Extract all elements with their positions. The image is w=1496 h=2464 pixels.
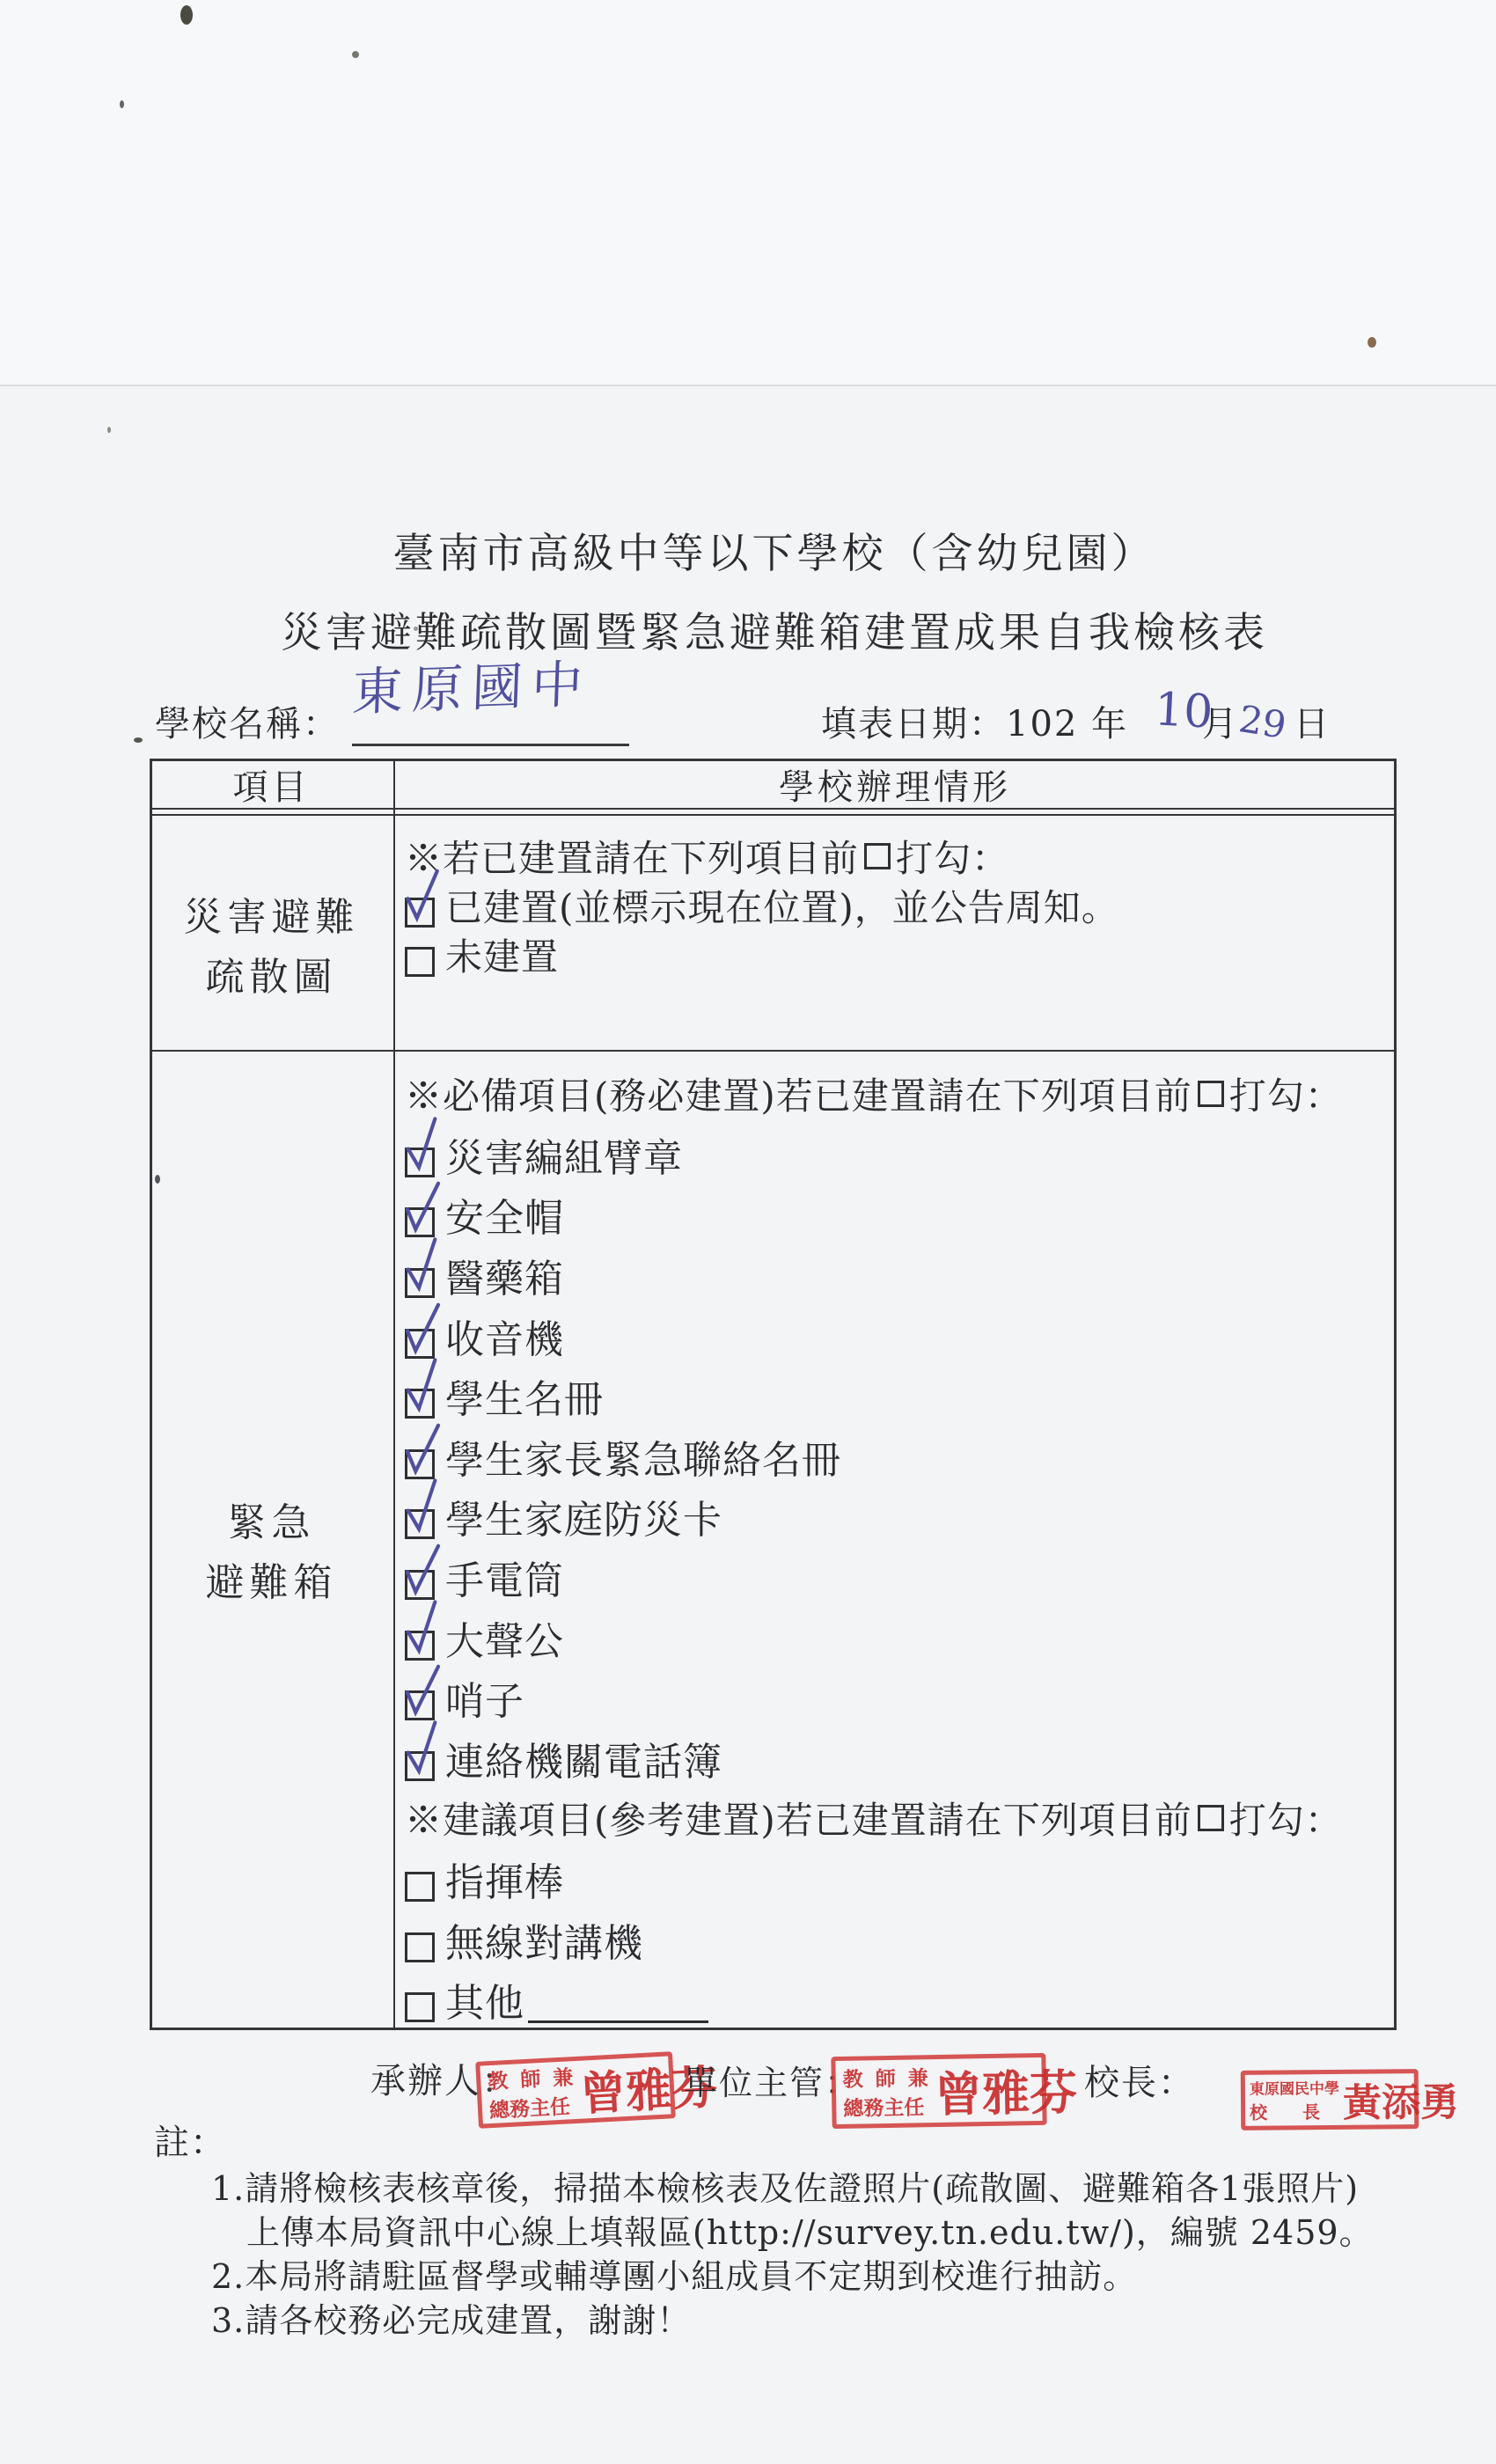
- checkbox[interactable]: [405, 898, 435, 928]
- suggested-items-heading: ※建議項目(參考建置)若已建置請在下列項目前打勾：: [405, 1788, 1390, 1849]
- checkbox-wrap: [405, 1199, 435, 1229]
- item-label: 大聲公: [445, 1610, 564, 1666]
- checkbox-wrap: [405, 1864, 435, 1894]
- checklist-item: 其他: [405, 1969, 1390, 2030]
- fill-date-label: 填表日期：102 年: [821, 702, 1128, 746]
- checklist-item: 學生家庭防災卡: [405, 1486, 1390, 1547]
- checkbox[interactable]: [405, 1148, 435, 1177]
- evacuation-map-options: 已建置(並標示現在位置)，並公告周知。 未建置: [405, 881, 1382, 979]
- option-label: 已建置(並標示現在位置)，並公告周知。: [445, 879, 1119, 932]
- handler-stamp: 教 師 兼 總務主任 曾雅芬: [475, 2051, 676, 2129]
- stamp-title-line: 教 師 兼: [487, 2061, 576, 2094]
- stamp-title-column: 教 師 兼 總務主任: [480, 2059, 582, 2126]
- checkbox[interactable]: [405, 1932, 435, 1962]
- checkbox[interactable]: [405, 1570, 435, 1600]
- stamp-title-column: 教 師 兼 總務主任: [835, 2060, 935, 2123]
- instruction-text: ※若已建置請在下列項目前: [405, 830, 859, 883]
- row-label-emergency-kit: 緊急 避難箱: [150, 1494, 393, 1603]
- checkbox[interactable]: [405, 1690, 435, 1720]
- option-label: 未建置: [445, 928, 559, 981]
- form-subtitle: 災害避難疏散圖暨緊急避難箱建置成果自我檢核表: [26, 607, 1496, 660]
- checklist-item: 醫藥箱: [405, 1245, 1390, 1306]
- checklist-item: 學生名冊: [405, 1366, 1390, 1426]
- principal-label: 校長：: [1084, 2061, 1195, 2105]
- checkbox-wrap: [405, 1984, 435, 2014]
- item-label: 其他: [445, 1971, 524, 2028]
- note-text-continued: 上傳本局資訊中心線上填報區(http://survey.tn.edu.tw/)，…: [211, 2211, 1443, 2255]
- scan-speck: [352, 51, 359, 58]
- checkbox-wrap: [405, 1260, 435, 1290]
- note-item: 3.請各校務必完成建置，謝謝！: [211, 2299, 1443, 2343]
- item-label: 醫藥箱: [445, 1247, 564, 1303]
- checkbox[interactable]: [405, 947, 435, 977]
- evacuation-map-section: ※若已建置請在下列項目前打勾： 已建置(並標示現在位置)，並公告周知。: [405, 832, 1382, 979]
- row-label-line: 緊急: [150, 1494, 393, 1544]
- instruction-text: 打勾：: [1229, 1792, 1343, 1844]
- checklist-option: 已建置(並標示現在位置)，並公告周知。: [405, 881, 1382, 930]
- instruction-line: ※若已建置請在下列項目前打勾：: [405, 832, 1382, 881]
- scan-top-strip: [0, 0, 1496, 386]
- table-column-divider: [393, 759, 395, 2030]
- checkbox[interactable]: [405, 1268, 435, 1298]
- scan-speck: [134, 737, 143, 743]
- blank-line: [528, 1991, 708, 2023]
- checklist-item: 災害編組臂章: [405, 1125, 1390, 1185]
- scan-speck: [1368, 337, 1376, 348]
- row-label-line: 災害避難: [150, 889, 393, 938]
- checkbox[interactable]: [405, 1751, 435, 1781]
- school-name-label: 學校名稱：: [155, 702, 340, 746]
- checkbox-wrap: [405, 1925, 435, 1954]
- checkbox-wrap: [405, 1140, 435, 1170]
- emergency-kit-section: ※必備項目(務必建置)若已建置請在下列項目前打勾： 災害編組臂章: [405, 1064, 1390, 2030]
- instruction-text: 打勾：: [896, 830, 1009, 883]
- required-items-list: 災害編組臂章 安全帽 醫藥箱: [405, 1125, 1390, 1789]
- instruction-text: ※建議項目(參考建置)若已建置請在下列項目前: [405, 1792, 1192, 1844]
- checklist-option: 未建置: [405, 930, 1382, 979]
- scanned-form-page: 臺南市高級中等以下學校（含幼兒園） 災害避難疏散圖暨緊急避難箱建置成果自我檢核表…: [0, 0, 1496, 2464]
- checkbox-glyph: [864, 843, 891, 869]
- note-text: 3.請各校務必完成建置，謝謝！: [211, 2299, 1443, 2343]
- column-header-status: 學校辦理情形: [393, 759, 1397, 810]
- checkbox-wrap: [405, 1562, 435, 1592]
- stamp-name: 黃添勇: [1343, 2071, 1460, 2128]
- scan-speck: [107, 427, 111, 433]
- item-label: 收音機: [445, 1308, 564, 1364]
- note-text: 2.本局將請駐區督學或輔導團小組成員不定期到校進行抽訪。: [211, 2255, 1443, 2299]
- scan-speck: [180, 5, 193, 25]
- checkbox[interactable]: [405, 1389, 435, 1419]
- notes-label: 註：: [154, 2121, 226, 2165]
- stamp-title-line: 校 長: [1250, 2098, 1339, 2124]
- column-header-item: 項目: [150, 759, 393, 810]
- checklist-item: 無線對講機: [405, 1909, 1390, 1969]
- item-label: 學生家長緊急聯絡名冊: [445, 1428, 841, 1485]
- checklist-item: 收音機: [405, 1305, 1390, 1366]
- item-label: 指揮棒: [445, 1851, 564, 1907]
- stamp-name: 曾雅芬: [934, 2055, 1077, 2125]
- checkbox[interactable]: [405, 1992, 435, 2022]
- checkbox-wrap: [405, 1683, 435, 1712]
- table-row-divider: [150, 1050, 1397, 1052]
- checkbox[interactable]: [405, 1329, 435, 1359]
- checkbox[interactable]: [405, 1449, 435, 1479]
- stamp-title-line: 總務主任: [843, 2091, 932, 2122]
- item-label: 學生名冊: [445, 1368, 604, 1424]
- checkbox-glyph: [1198, 1805, 1224, 1831]
- checkbox-wrap: [405, 940, 435, 970]
- item-label: 無線對講機: [445, 1911, 643, 1968]
- item-label: 哨子: [445, 1669, 524, 1726]
- checklist-item: 哨子: [405, 1668, 1390, 1728]
- principal-stamp: 東原國民中學 校 長 黃添勇: [1241, 2069, 1419, 2130]
- checkbox[interactable]: [405, 1631, 435, 1661]
- checkbox-wrap: [405, 891, 435, 920]
- checklist-item: 連絡機關電話簿: [405, 1728, 1390, 1789]
- date-day-handwritten: 29: [1236, 700, 1288, 744]
- notes-list: 1.請將檢核表核章後，掃描本檢核表及佐證照片(疏散圖、避難箱各1張照片) 上傳本…: [211, 2167, 1443, 2343]
- item-label: 學生家庭防災卡: [445, 1488, 722, 1544]
- checklist-item: 手電筒: [405, 1547, 1390, 1608]
- checklist-item: 指揮棒: [405, 1849, 1390, 1910]
- form-title: 臺南市高級中等以下學校（含幼兒園）: [26, 528, 1496, 581]
- stamp-title-line: 教 師 兼: [842, 2062, 931, 2093]
- checkbox[interactable]: [405, 1207, 435, 1237]
- item-label: 手電筒: [445, 1549, 564, 1605]
- notes-items: 1.請將檢核表核章後，掃描本檢核表及佐證照片(疏散圖、避難箱各1張照片) 上傳本…: [211, 2167, 1443, 2343]
- checklist-item: 大聲公: [405, 1607, 1390, 1668]
- item-label: 連絡機關電話簿: [445, 1730, 722, 1786]
- note-item: 1.請將檢核表核章後，掃描本檢核表及佐證照片(疏散圖、避難箱各1張照片) 上傳本…: [211, 2167, 1443, 2255]
- checkbox[interactable]: [405, 1872, 435, 1902]
- item-label: 災害編組臂章: [445, 1126, 683, 1183]
- checkbox-glyph: [1198, 1081, 1224, 1107]
- stamp-title-column: 東原國民中學 校 長: [1245, 2074, 1344, 2126]
- checklist-item: 安全帽: [405, 1184, 1390, 1245]
- note-text: 1.請將檢核表核章後，掃描本檢核表及佐證照片(疏散圖、避難箱各1張照片): [211, 2167, 1443, 2211]
- checkbox-wrap: [405, 1441, 435, 1471]
- school-name-underline: [352, 744, 629, 746]
- checkbox-wrap: [405, 1381, 435, 1411]
- supervisor-stamp: 教 師 兼 總務主任 曾雅芬: [831, 2053, 1046, 2129]
- table-header-rule-2: [150, 814, 1397, 816]
- row-label-evacuation-map: 災害避難 疏散圖: [150, 889, 393, 998]
- date-day-unit: 日: [1294, 702, 1331, 746]
- date-month-unit: 月: [1202, 702, 1239, 746]
- checkbox-wrap: [405, 1501, 435, 1531]
- checkbox-wrap: [405, 1623, 435, 1653]
- checkbox-wrap: [405, 1321, 435, 1351]
- school-name-handwritten: 東原國中: [351, 657, 592, 719]
- stamp-title-line: 總務主任: [488, 2090, 578, 2123]
- required-items-heading: ※必備項目(務必建置)若已建置請在下列項目前打勾：: [405, 1064, 1390, 1125]
- checkbox[interactable]: [405, 1509, 435, 1539]
- scan-speck: [120, 100, 124, 108]
- stamp-title-line: 東原國民中學: [1250, 2076, 1339, 2099]
- instruction-text: 打勾：: [1229, 1067, 1343, 1120]
- row-label-line: 疏散圖: [150, 949, 393, 998]
- note-item: 2.本局將請駐區督學或輔導團小組成員不定期到校進行抽訪。: [211, 2255, 1443, 2299]
- row-label-line: 避難箱: [150, 1554, 393, 1603]
- checkbox-wrap: [405, 1743, 435, 1773]
- suggested-items-list: 指揮棒 無線對講機 其他: [405, 1849, 1390, 2030]
- instruction-text: ※必備項目(務必建置)若已建置請在下列項目前: [405, 1067, 1192, 1120]
- checklist-item: 學生家長緊急聯絡名冊: [405, 1426, 1390, 1487]
- item-label: 安全帽: [445, 1186, 564, 1243]
